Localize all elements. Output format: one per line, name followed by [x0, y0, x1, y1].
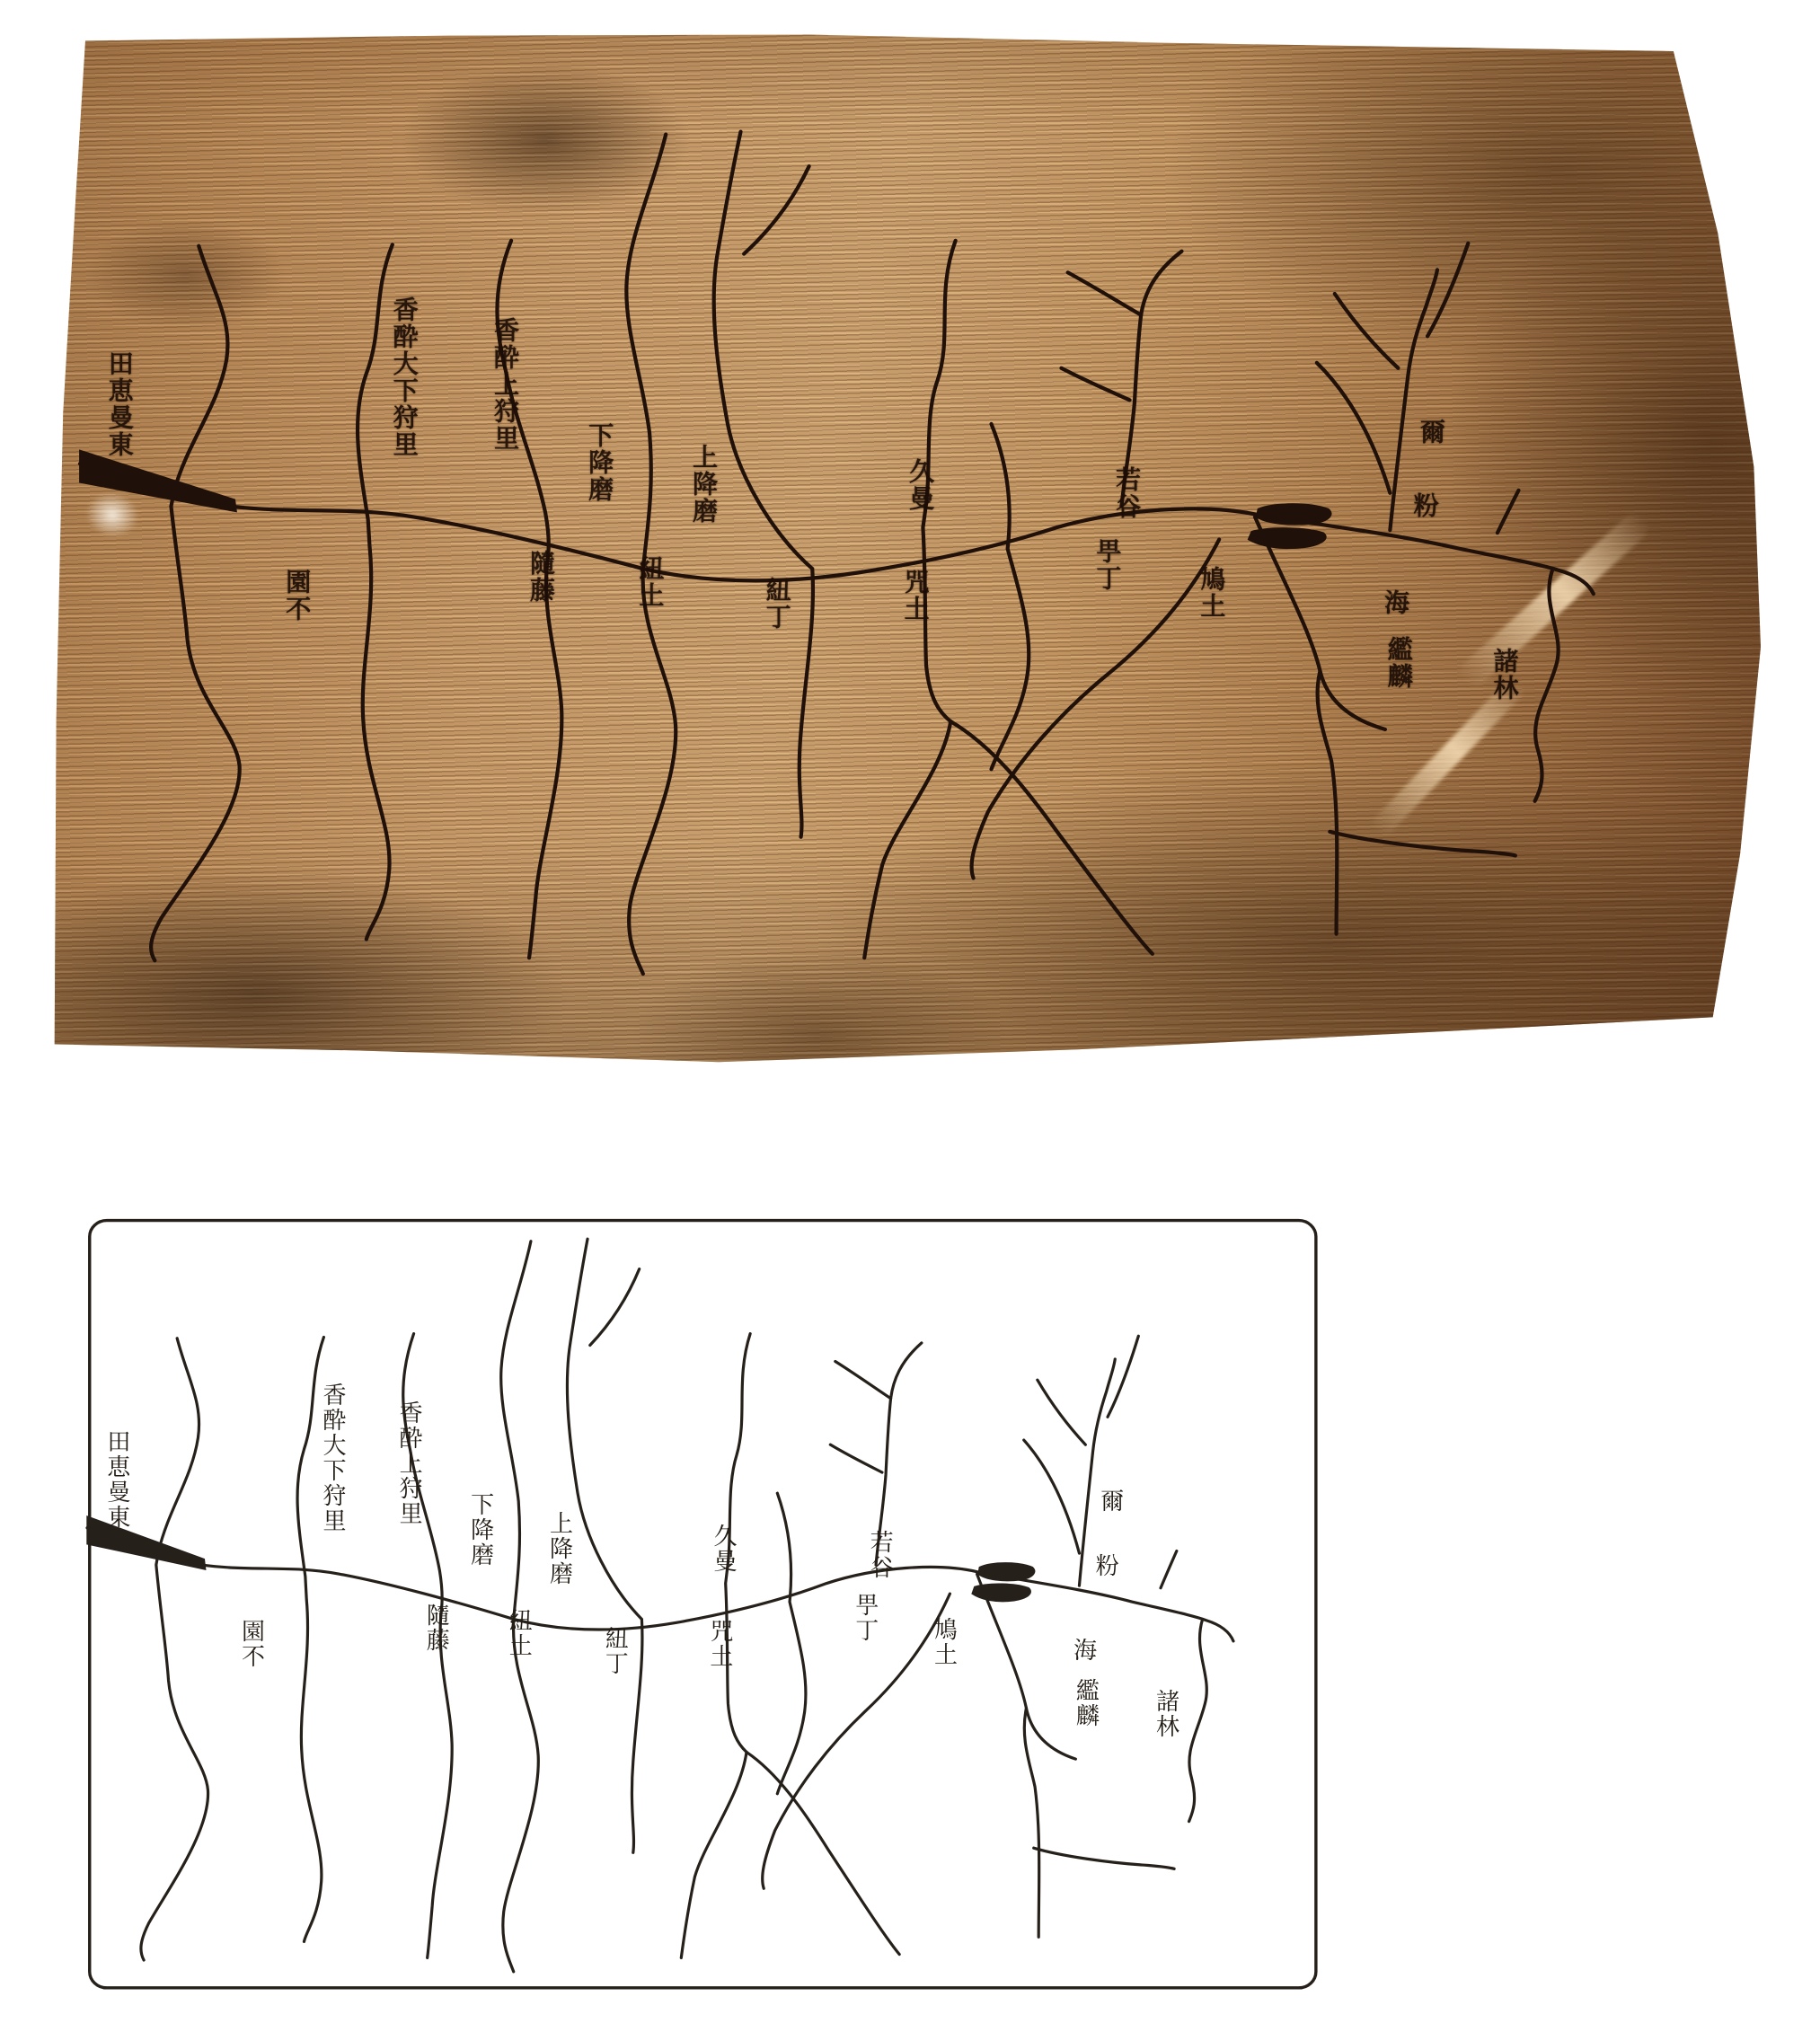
place-label-label-7: 紐土	[637, 555, 662, 609]
place-label-label-8: 上降磨	[691, 444, 716, 525]
place-label-label-14: 鳩土	[932, 1617, 956, 1667]
place-label-label-9: 紐丁	[603, 1626, 626, 1676]
place-label-label-16: 粉	[1412, 492, 1437, 519]
place-label-label-10: 久曼	[907, 458, 932, 512]
place-label-label-9: 紐丁	[764, 577, 790, 631]
place-label-label-2: 園不	[239, 1619, 262, 1669]
board-map-area: 田恵曼東園不香酔大下狩里香酔上狩里隨藤下降磨紐土上降磨紐丁久曼咒土若谷甼丁鳩土爾…	[80, 108, 1708, 998]
place-label-label-16: 粉	[1093, 1553, 1117, 1578]
place-label-label-14: 鳩土	[1198, 566, 1224, 620]
place-label-label-10: 久曼	[711, 1524, 735, 1574]
place-label-label-19: 諸林	[1154, 1689, 1178, 1739]
place-label-label-11: 咒土	[903, 569, 928, 623]
place-label-label-18: 繿麟	[1073, 1678, 1097, 1728]
place-label-label-15: 爾	[1418, 419, 1444, 446]
place-label-label-3: 香酔大下狩里	[392, 296, 417, 458]
place-label-label-4: 香酔上狩里	[492, 317, 517, 452]
place-label-label-15: 爾	[1099, 1489, 1122, 1514]
trace-place-labels: 田恵曼東園不香酔大下狩里香酔上狩里隨藤下降磨紐土上降磨紐丁久曼咒土若谷甼丁鳩土爾…	[87, 1218, 1320, 1992]
place-label-label-13: 甼丁	[853, 1593, 877, 1643]
place-label-label-6: 下降磨	[587, 422, 612, 503]
place-label-label-18: 繿麟	[1386, 636, 1411, 690]
place-label-label-1: 田恵曼東	[105, 1429, 128, 1530]
place-label-label-11: 咒土	[708, 1619, 731, 1669]
place-label-label-12: 若谷	[1114, 466, 1139, 520]
trace-drawing: 田恵曼東園不香酔大下狩里香酔上狩里隨藤下降磨紐土上降磨紐丁久曼咒土若谷甼丁鳩土爾…	[87, 1218, 1320, 1992]
place-label-label-5: 隨藤	[424, 1603, 447, 1653]
place-label-label-8: 上降磨	[547, 1511, 570, 1586]
place-label-label-1: 田恵曼東	[107, 350, 132, 458]
wooden-tablet-photo: 田恵曼東園不香酔大下狩里香酔上狩里隨藤下降磨紐土上降磨紐丁久曼咒土若谷甼丁鳩土爾…	[49, 25, 1761, 1067]
place-label-label-7: 紐土	[507, 1608, 530, 1658]
place-label-label-17: 海	[1072, 1638, 1095, 1663]
place-label-label-12: 若谷	[868, 1530, 891, 1580]
place-label-label-13: 甼丁	[1094, 538, 1119, 592]
place-label-label-2: 園不	[284, 569, 309, 623]
board-place-labels: 田恵曼東園不香酔大下狩里香酔上狩里隨藤下降磨紐土上降磨紐丁久曼咒土若谷甼丁鳩土爾…	[80, 108, 1708, 998]
place-label-label-4: 香酔上狩里	[397, 1400, 420, 1526]
place-label-label-17: 海	[1383, 589, 1408, 616]
figure-stage: 田恵曼東園不香酔大下狩里香酔上狩里隨藤下降磨紐土上降磨紐丁久曼咒土若谷甼丁鳩土爾…	[0, 0, 1820, 2032]
place-label-label-3: 香酔大下狩里	[321, 1383, 344, 1533]
place-label-label-5: 隨藤	[528, 550, 553, 604]
place-label-label-6: 下降磨	[469, 1492, 492, 1568]
place-label-label-19: 諸林	[1491, 648, 1516, 702]
